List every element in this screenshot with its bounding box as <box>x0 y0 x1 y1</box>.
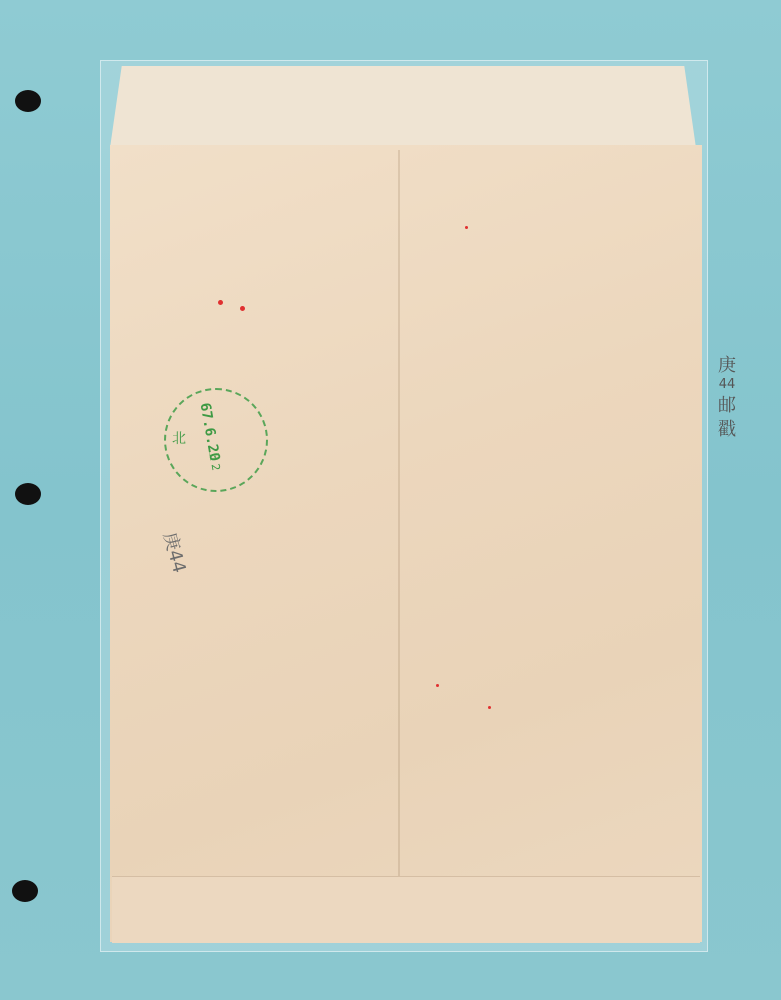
postmark-city: 北 <box>172 428 186 448</box>
postmark-time: 上 2 <box>205 448 224 472</box>
red-mark <box>465 226 468 229</box>
binder-hole <box>15 90 41 112</box>
note-char: 邮 <box>712 394 742 417</box>
album-page: 北 67.6.20 上 2 庚 44 邮 戳 庚44 <box>0 0 781 1000</box>
binder-hole <box>12 880 38 902</box>
red-mark <box>488 706 491 709</box>
note-char: 戳 <box>712 418 742 441</box>
red-mark <box>240 306 245 311</box>
envelope-back <box>110 145 702 942</box>
envelope-bottom-flap <box>112 876 700 943</box>
binder-hole <box>15 483 41 505</box>
note-char: 庚 <box>712 354 742 377</box>
red-mark <box>436 684 439 687</box>
envelope-top-flap <box>110 66 696 148</box>
envelope-seam <box>398 150 400 876</box>
note-char: 44 <box>712 377 742 394</box>
postmark-stamp: 北 67.6.20 上 2 <box>164 388 268 492</box>
margin-pencil-note: 庚 44 邮 戳 <box>712 354 742 441</box>
red-mark <box>218 300 223 305</box>
